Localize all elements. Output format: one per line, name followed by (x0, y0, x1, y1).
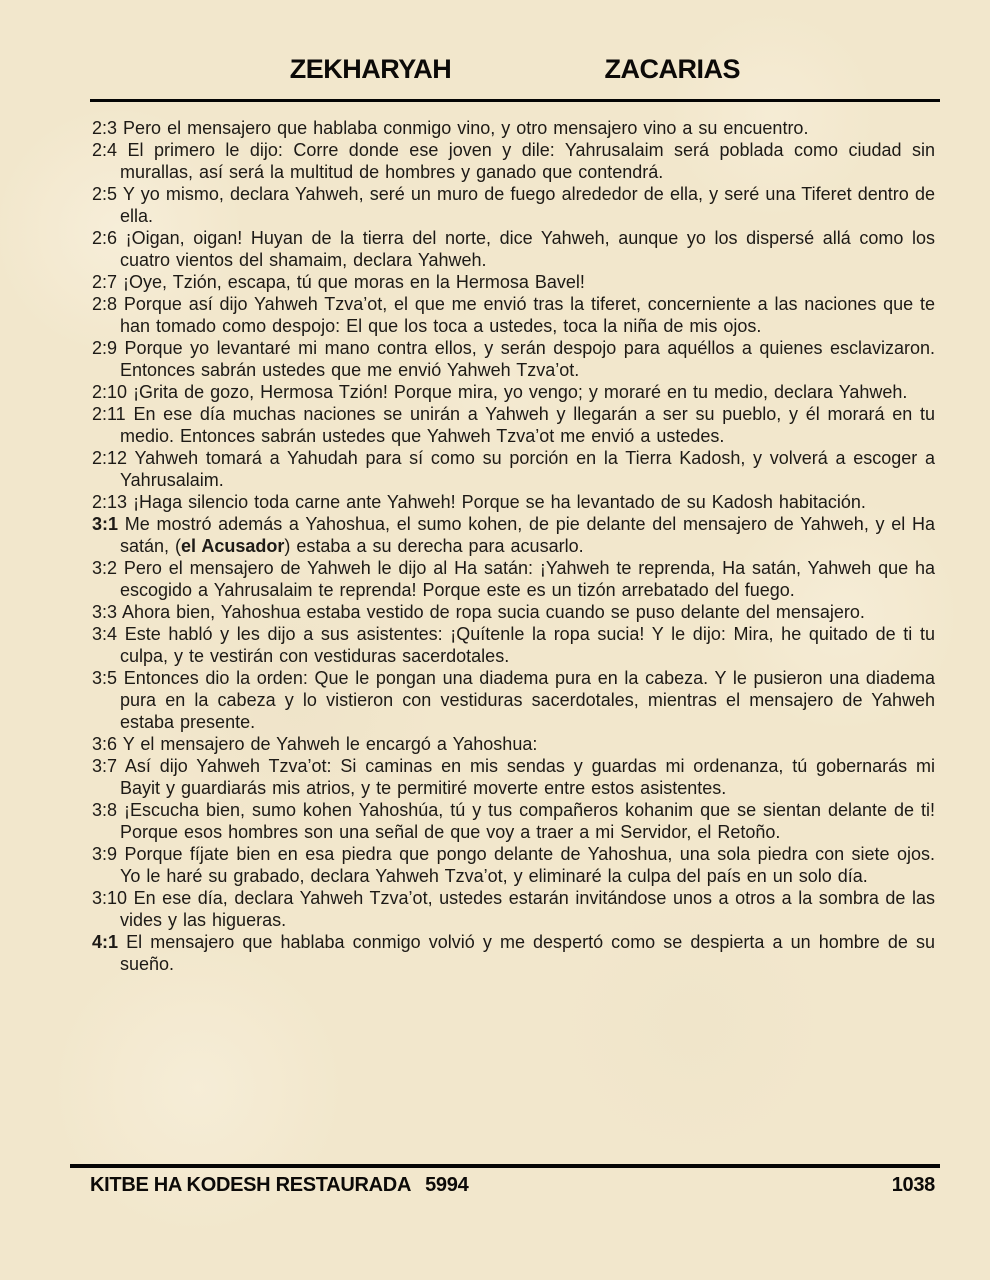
verse-2-9: 2:9 Porque yo levantaré mi mano contra e… (92, 337, 935, 381)
verse-text: El mensajero que hablaba conmigo volvió … (120, 932, 935, 974)
verse-number: 3:7 (92, 756, 117, 776)
emphasis-text: el Acusador (181, 536, 284, 556)
verse-number: 2:12 (92, 448, 127, 468)
verse-3-10: 3:10 En ese día, declara Yahweh Tzva’ot,… (92, 887, 935, 931)
page-footer: KITBE HA KODESH RESTAURADA 5994 1038 (90, 1174, 935, 1197)
verse-number: 2:13 (92, 492, 127, 512)
verse-number: 2:4 (92, 140, 117, 160)
verse-2-5: 2:5 Y yo mismo, declara Yahweh, seré un … (92, 183, 935, 227)
verse-number: 3:5 (92, 668, 117, 688)
verse-2-11: 2:11 En ese día muchas naciones se unirá… (92, 403, 935, 447)
verse-text: En ese día, declara Yahweh Tzva’ot, uste… (120, 888, 935, 930)
verse-number: 3:10 (92, 888, 127, 908)
verse-number: 3:8 (92, 800, 117, 820)
verse-text: Ahora bien, Yahoshua estaba vestido de r… (122, 602, 865, 622)
verse-text: ¡Oigan, oigan! Huyan de la tierra del no… (120, 228, 935, 270)
verse-3-7: 3:7 Así dijo Yahweh Tzva’ot: Si caminas … (92, 755, 935, 799)
verse-2-8: 2:8 Porque así dijo Yahweh Tzva’ot, el q… (92, 293, 935, 337)
verse-number: 3:1 (92, 514, 118, 534)
verse-number: 2:6 (92, 228, 117, 248)
verse-number: 2:11 (92, 404, 126, 424)
page-header: ZEKHARYAH ZACARIAS (90, 54, 940, 90)
header-title-spanish: ZACARIAS (605, 54, 741, 85)
verse-number: 2:8 (92, 294, 117, 314)
verse-2-3: 2:3 Pero el mensajero que hablaba conmig… (92, 117, 935, 139)
verse-2-13: 2:13 ¡Haga silencio toda carne ante Yahw… (92, 491, 935, 513)
verse-list: 2:3 Pero el mensajero que hablaba conmig… (92, 117, 935, 975)
verse-text: Pero el mensajero de Yahweh le dijo al H… (120, 558, 935, 600)
verse-2-6: 2:6 ¡Oigan, oigan! Huyan de la tierra de… (92, 227, 935, 271)
footer-year: 5994 (425, 1174, 468, 1197)
verse-number: 2:5 (92, 184, 117, 204)
verse-3-9: 3:9 Porque fíjate bien en esa piedra que… (92, 843, 935, 887)
verse-text: ¡Escucha bien, sumo kohen Yahoshúa, tú y… (120, 800, 935, 842)
verse-text: Yahweh tomará a Yahudah para sí como su … (120, 448, 935, 490)
verse-number: 3:3 (92, 602, 117, 622)
verse-text: Porque fíjate bien en esa piedra que pon… (120, 844, 935, 886)
verse-text: Entonces dio la orden: Que le pongan una… (120, 668, 935, 732)
header-title-hebrew: ZEKHARYAH (290, 54, 452, 85)
verse-3-2: 3:2 Pero el mensajero de Yahweh le dijo … (92, 557, 935, 601)
verse-text: Pero el mensajero que hablaba conmigo vi… (123, 118, 808, 138)
verse-text: Este habló y les dijo a sus asistentes: … (120, 624, 935, 666)
verse-number: 3:9 (92, 844, 117, 864)
footer-divider-rule (70, 1164, 940, 1168)
footer-page-number: 1038 (892, 1174, 935, 1197)
verse-text: Y yo mismo, declara Yahweh, seré un muro… (120, 184, 935, 226)
verse-4-1: 4:1 El mensajero que hablaba conmigo vol… (92, 931, 935, 975)
verse-text: Y el mensajero de Yahweh le encargó a Ya… (123, 734, 538, 754)
verse-number: 2:7 (92, 272, 117, 292)
verse-number: 2:9 (92, 338, 117, 358)
verse-text: ¡Haga silencio toda carne ante Yahweh! P… (133, 492, 866, 512)
verse-text: ) estaba a su derecha para acusarlo. (284, 536, 583, 556)
header-divider-rule (90, 99, 940, 102)
footer-book-title-group: KITBE HA KODESH RESTAURADA 5994 (90, 1174, 468, 1197)
verse-2-12: 2:12 Yahweh tomará a Yahudah para sí com… (92, 447, 935, 491)
verse-text: El primero le dijo: Corre donde ese jove… (120, 140, 935, 182)
verse-3-3: 3:3 Ahora bien, Yahoshua estaba vestido … (92, 601, 935, 623)
verse-number: 2:3 (92, 118, 117, 138)
verse-number: 3:2 (92, 558, 117, 578)
verse-number: 4:1 (92, 932, 118, 952)
verse-text: ¡Grita de gozo, Hermosa Tzión! Porque mi… (133, 382, 907, 402)
verse-2-7: 2:7 ¡Oye, Tzión, escapa, tú que moras en… (92, 271, 935, 293)
verse-number: 2:10 (92, 382, 127, 402)
verse-number: 3:4 (92, 624, 117, 644)
verse-3-6: 3:6 Y el mensajero de Yahweh le encargó … (92, 733, 935, 755)
verse-3-4: 3:4 Este habló y les dijo a sus asistent… (92, 623, 935, 667)
scripture-body: 2:3 Pero el mensajero que hablaba conmig… (92, 117, 935, 975)
verse-number: 3:6 (92, 734, 117, 754)
verse-3-8: 3:8 ¡Escucha bien, sumo kohen Yahoshúa, … (92, 799, 935, 843)
verse-3-1: 3:1 Me mostró además a Yahoshua, el sumo… (92, 513, 935, 557)
verse-text: Porque así dijo Yahweh Tzva’ot, el que m… (120, 294, 935, 336)
verse-text: Así dijo Yahweh Tzva’ot: Si caminas en m… (120, 756, 935, 798)
verse-text: En ese día muchas naciones se unirán a Y… (120, 404, 935, 446)
verse-2-4: 2:4 El primero le dijo: Corre donde ese … (92, 139, 935, 183)
footer-book-title: KITBE HA KODESH RESTAURADA (90, 1174, 411, 1197)
verse-2-10: 2:10 ¡Grita de gozo, Hermosa Tzión! Porq… (92, 381, 935, 403)
verse-text: Porque yo levantaré mi mano contra ellos… (120, 338, 935, 380)
verse-text: ¡Oye, Tzión, escapa, tú que moras en la … (123, 272, 585, 292)
verse-3-5: 3:5 Entonces dio la orden: Que le pongan… (92, 667, 935, 733)
